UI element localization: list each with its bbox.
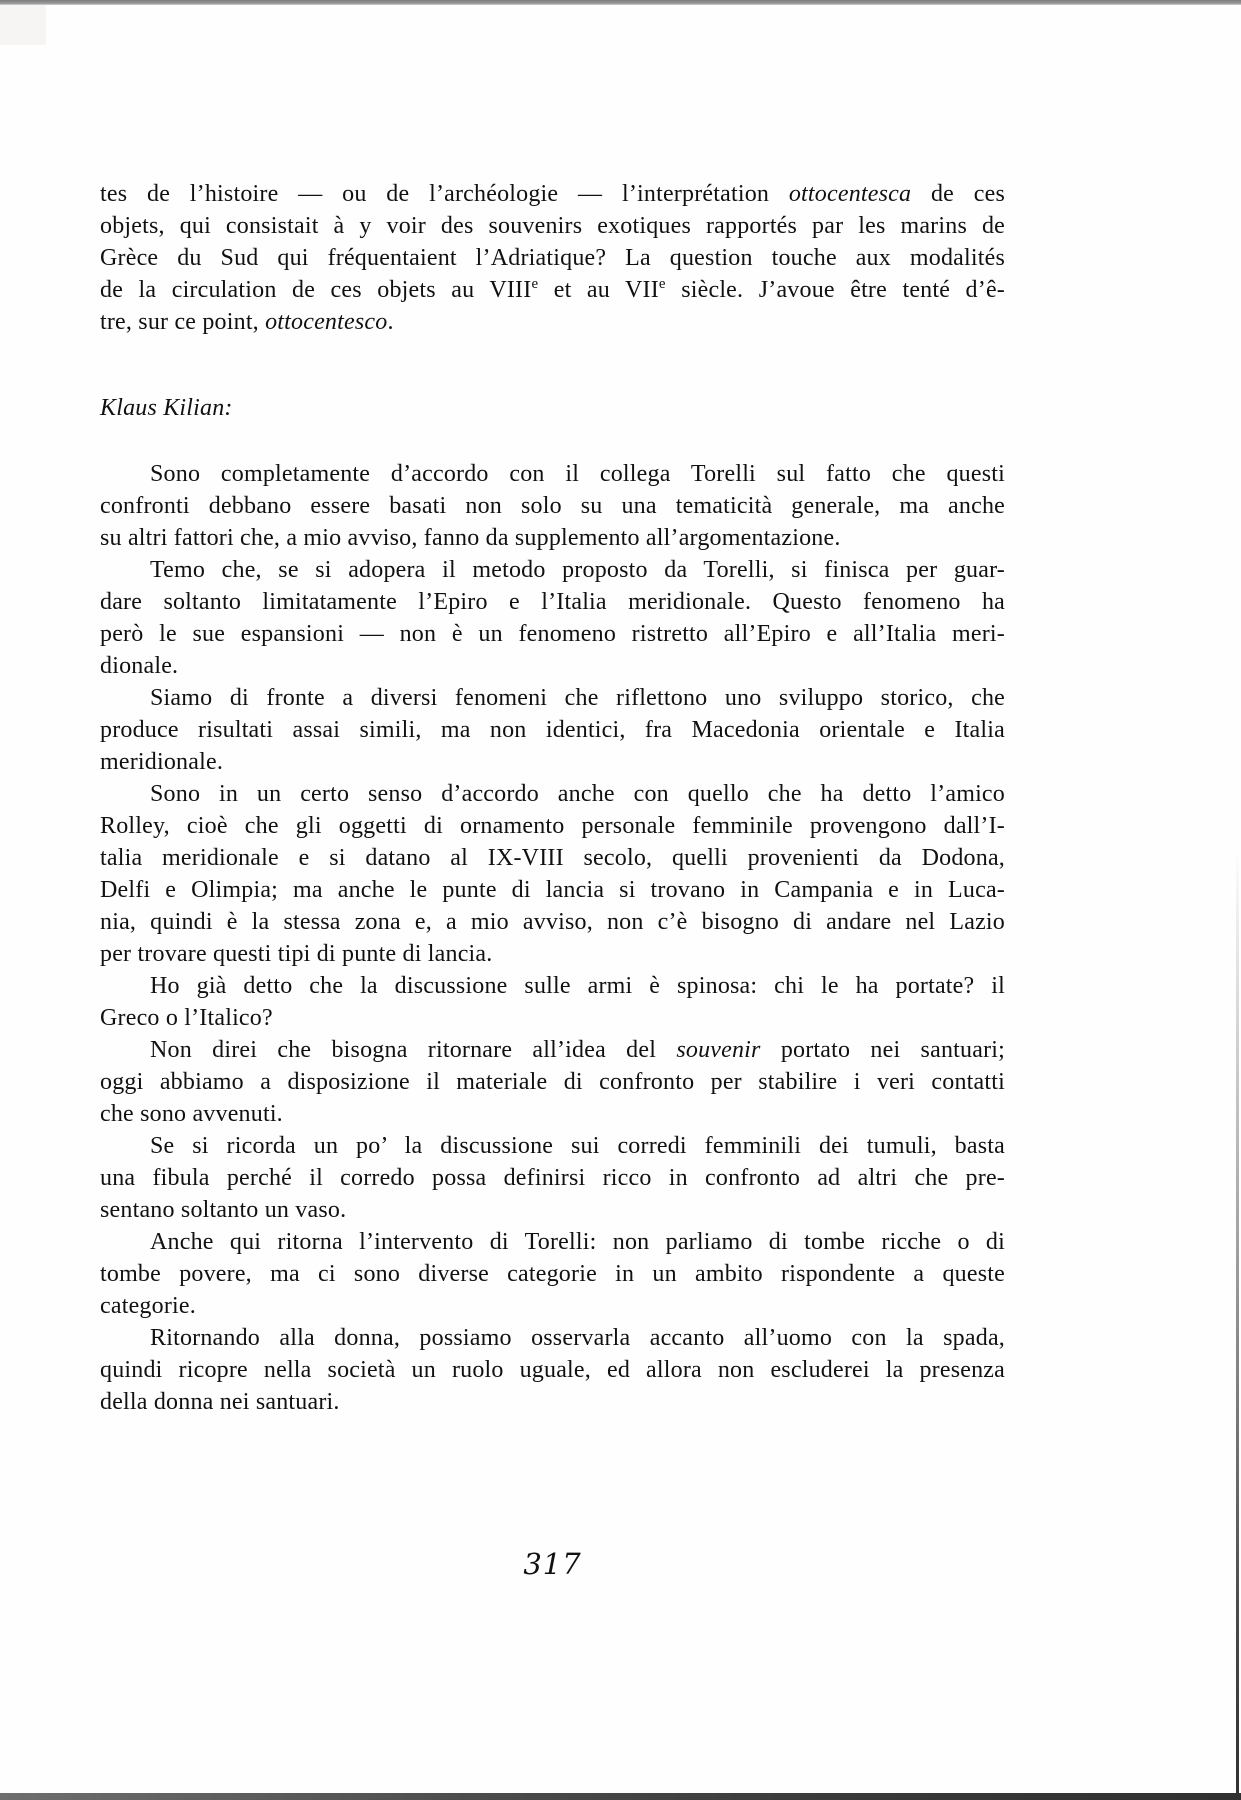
text-line: della donna nei santuari. [100, 1386, 1005, 1418]
text-segment: però le sue espansioni — non è un fenome… [100, 621, 1005, 647]
text-line: dare soltanto limitatamente l’Epiro e l’… [100, 586, 1005, 618]
text-line: per trovare questi tipi di punte di lanc… [100, 938, 1005, 970]
page-number: 317 [523, 1547, 581, 1581]
scan-right-edge-artifact [1236, 850, 1239, 1800]
text-line: de la circulation de ces objets au VIIIe… [100, 274, 1005, 306]
text-segment: Temo che, se si adopera il metodo propos… [150, 557, 1005, 583]
text-segment: tre, sur ce point, [100, 309, 265, 335]
text-segment: della donna nei santuari. [100, 1389, 340, 1415]
text-line: Grèce du Sud qui fréquentaient l’Adriati… [100, 242, 1005, 274]
italic-text-segment: ottocentesca [789, 181, 911, 207]
text-line: tombe povere, ma ci sono diverse categor… [100, 1258, 1005, 1290]
text-segment: portato nei santuari; [761, 1037, 1005, 1063]
text-line: Klaus Kilian: [100, 392, 1005, 424]
text-segment: de ces [911, 181, 1005, 207]
text-segment: Rolley, cioè che gli oggetti di ornament… [100, 813, 1005, 839]
paragraph: tes de l’histoire — ou de l’archéologie … [100, 178, 1005, 338]
text-segment: tombe povere, ma ci sono diverse categor… [100, 1261, 1005, 1287]
text-segment: Anche qui ritorna l’intervento di Torell… [150, 1229, 1005, 1255]
scan-bottom-edge-artifact [0, 1793, 1241, 1800]
text-line: Se si ricorda un po’ la discussione sui … [100, 1130, 1005, 1162]
page-number-row: 317 [100, 1548, 1005, 1583]
text-segment: meridionale. [100, 749, 223, 775]
text-line: talia meridionale e si datano al IX-VIII… [100, 842, 1005, 874]
text-line: però le sue espansioni — non è un fenome… [100, 618, 1005, 650]
paragraph: Temo che, se si adopera il metodo propos… [100, 554, 1005, 682]
document-page: tes de l’histoire — ou de l’archéologie … [0, 0, 1241, 1800]
text-line: tes de l’histoire — ou de l’archéologie … [100, 178, 1005, 210]
italic-text-segment: ottocentesco [265, 309, 387, 335]
text-segment: sentano soltanto un vaso. [100, 1197, 346, 1223]
text-segment: et au VII [538, 277, 659, 303]
text-segment: che sono avvenuti. [100, 1101, 283, 1127]
text-segment: oggi abbiamo a disposizione il materiale… [100, 1069, 1005, 1095]
text-line: nia, quindi è la stessa zona e, a mio av… [100, 906, 1005, 938]
text-line: meridionale. [100, 746, 1005, 778]
text-column: tes de l’histoire — ou de l’archéologie … [100, 178, 1005, 1583]
paragraph: Siamo di fronte a diversi fenomeni che r… [100, 682, 1005, 778]
paragraph: Sono in un certo senso d’accordo anche c… [100, 778, 1005, 970]
text-segment: Ho già detto che la discussione sulle ar… [150, 973, 1005, 999]
text-line: Siamo di fronte a diversi fenomeni che r… [100, 682, 1005, 714]
italic-text-segment: souvenir [676, 1037, 760, 1063]
text-line: Ho già detto che la discussione sulle ar… [100, 970, 1005, 1002]
text-line: confronti debbano essere basati non solo… [100, 490, 1005, 522]
text-segment: Sono completamente d’accordo con il coll… [150, 461, 1005, 487]
text-segment: Delfi e Olimpia; ma anche le punte di la… [100, 877, 1005, 903]
text-line: che sono avvenuti. [100, 1098, 1005, 1130]
text-segment: objets, qui consistait à y voir des souv… [100, 213, 1005, 239]
text-segment: talia meridionale e si datano al IX-VIII… [100, 845, 1005, 871]
scan-top-edge-artifact [0, 0, 1241, 5]
paragraph: Ritornando alla donna, possiamo osservar… [100, 1322, 1005, 1418]
text-segment: Se si ricorda un po’ la discussione sui … [150, 1133, 1005, 1159]
text-segment: Greco o l’Italico? [100, 1005, 273, 1031]
text-line: Greco o l’Italico? [100, 1002, 1005, 1034]
text-segment: . [387, 309, 393, 335]
text-segment: dare soltanto limitatamente l’Epiro e l’… [100, 589, 1005, 615]
text-line: categorie. [100, 1290, 1005, 1322]
text-segment: de la circulation de ces objets au VIII [100, 277, 531, 303]
text-segment: categorie. [100, 1293, 196, 1319]
text-line: oggi abbiamo a disposizione il materiale… [100, 1066, 1005, 1098]
paragraph: Anche qui ritorna l’intervento di Torell… [100, 1226, 1005, 1322]
text-segment: tes de l’histoire — ou de l’archéologie … [100, 181, 789, 207]
text-segment: confronti debbano essere basati non solo… [100, 493, 1005, 519]
paragraph: Sono completamente d’accordo con il coll… [100, 458, 1005, 554]
text-segment: Non direi che bisogna ritornare all’idea… [150, 1037, 676, 1063]
paragraph: Ho già detto che la discussione sulle ar… [100, 970, 1005, 1034]
text-segment: produce risultati assai simili, ma non i… [100, 717, 1005, 743]
text-segment: Grèce du Sud qui fréquentaient l’Adriati… [100, 245, 1005, 271]
text-line: Ritornando alla donna, possiamo osservar… [100, 1322, 1005, 1354]
text-segment: una fibula perché il corredo possa defin… [100, 1165, 1005, 1191]
text-line: Rolley, cioè che gli oggetti di ornament… [100, 810, 1005, 842]
paragraph: Non direi che bisogna ritornare all’idea… [100, 1034, 1005, 1130]
italic-text-segment: Klaus Kilian: [100, 395, 233, 421]
text-line: objets, qui consistait à y voir des souv… [100, 210, 1005, 242]
text-line: su altri fattori che, a mio avviso, fann… [100, 522, 1005, 554]
text-line: quindi ricopre nella società un ruolo ug… [100, 1354, 1005, 1386]
text-line: Non direi che bisogna ritornare all’idea… [100, 1034, 1005, 1066]
speaker-heading: Klaus Kilian: [100, 392, 1005, 424]
text-line: Temo che, se si adopera il metodo propos… [100, 554, 1005, 586]
text-line: dionale. [100, 650, 1005, 682]
paragraph: Se si ricorda un po’ la discussione sui … [100, 1130, 1005, 1226]
text-line: una fibula perché il corredo possa defin… [100, 1162, 1005, 1194]
text-segment: quindi ricopre nella società un ruolo ug… [100, 1357, 1005, 1383]
text-segment: Siamo di fronte a diversi fenomeni che r… [150, 685, 1005, 711]
text-segment: siècle. J’avoue être tenté d’ê- [666, 277, 1005, 303]
text-segment: dionale. [100, 653, 178, 679]
text-line: Sono completamente d’accordo con il coll… [100, 458, 1005, 490]
text-line: Sono in un certo senso d’accordo anche c… [100, 778, 1005, 810]
text-line: Delfi e Olimpia; ma anche le punte di la… [100, 874, 1005, 906]
text-line: sentano soltanto un vaso. [100, 1194, 1005, 1226]
superscript-segment: e [659, 276, 666, 292]
text-segment: Ritornando alla donna, possiamo osservar… [150, 1325, 1005, 1351]
text-line: Anche qui ritorna l’intervento di Torell… [100, 1226, 1005, 1258]
text-segment: Sono in un certo senso d’accordo anche c… [150, 781, 1005, 807]
text-line: tre, sur ce point, ottocentesco. [100, 306, 1005, 338]
text-line: produce risultati assai simili, ma non i… [100, 714, 1005, 746]
text-segment: su altri fattori che, a mio avviso, fann… [100, 525, 841, 551]
scan-corner-artifact [0, 5, 46, 45]
text-segment: per trovare questi tipi di punte di lanc… [100, 941, 492, 967]
text-segment: nia, quindi è la stessa zona e, a mio av… [100, 909, 1005, 935]
